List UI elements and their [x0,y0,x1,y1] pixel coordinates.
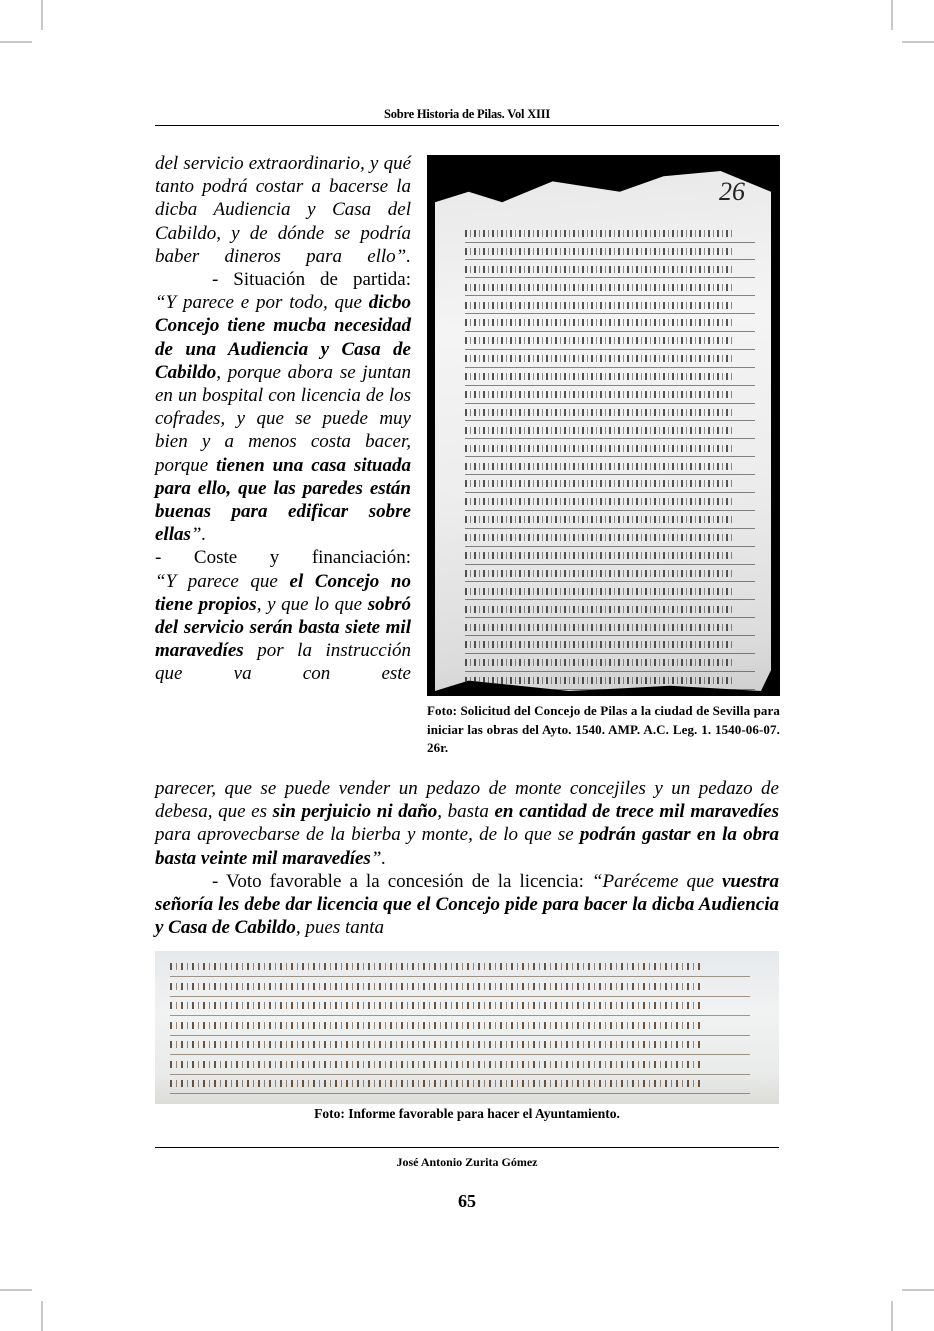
crop-mark [902,1289,934,1291]
running-head: Sobre Historia de Pilas. Vol XIII [155,107,779,122]
quote-text: , y que lo que [257,594,368,615]
quote-text: “Paréceme que [592,871,722,892]
handwritten-lines [170,959,750,1096]
quote-text: , basta [437,801,494,822]
manuscript-page: 26 [435,171,771,691]
quote-text: ”. [371,848,386,869]
full-width-text: parecer, que se puede vender un pedazo d… [155,777,779,939]
author-name: José Antonio Zurita Gómez [155,1155,779,1170]
paragraph-coste: - Coste y financiación: “Y parece que el… [155,546,411,685]
crop-mark [902,41,934,43]
quote-text: para aprovecbarse de la bierba y monte, … [155,824,580,845]
crop-mark [0,1289,32,1291]
quote-emphasis: sin perjuicio ni daño [273,801,438,822]
footer-divider [155,1147,779,1148]
crop-mark [891,1301,893,1331]
page-number: 65 [155,1191,779,1212]
header-divider [155,125,779,126]
quote-text: ”. [191,524,206,545]
photo-caption-informe: Foto: Informe favorable para hacer el Ay… [155,1106,779,1122]
section-label-coste: - Coste y financiación: [155,546,411,569]
quote-text: , pues tanta [296,917,384,938]
section-label-situacion: - Situación de partida: [155,268,411,291]
handwritten-lines [465,226,755,727]
folio-number: 26 [719,177,745,207]
crop-mark [0,41,32,43]
quote-text: “Y parece e por todo, que [155,292,369,313]
left-column-text: del servicio extraordinario, y qué tanto… [155,152,411,686]
paragraph-voto: - Voto favorable a la concesión de la li… [155,870,779,940]
photo-caption-solicitud: Foto: Solicitud del Concejo de Pilas a l… [427,702,780,758]
crop-mark [891,0,893,30]
paragraph-parecer: parecer, que se puede vender un pedazo d… [155,777,779,870]
crop-mark [41,0,43,30]
section-label-voto: - Voto favorable a la concesión de la li… [212,871,592,892]
manuscript-photo-full: 26 [427,155,780,696]
quote-emphasis: en cantidad de trece mil maravedíes [494,801,779,822]
paragraph-situacion: - Situación de partida: “Y parece e por … [155,268,411,546]
quote-text: “Y parece que [155,571,290,592]
paragraph-servicio: del servicio extraordinario, y qué tanto… [155,152,411,268]
manuscript-photo-detail [155,951,779,1104]
crop-mark [41,1301,43,1331]
